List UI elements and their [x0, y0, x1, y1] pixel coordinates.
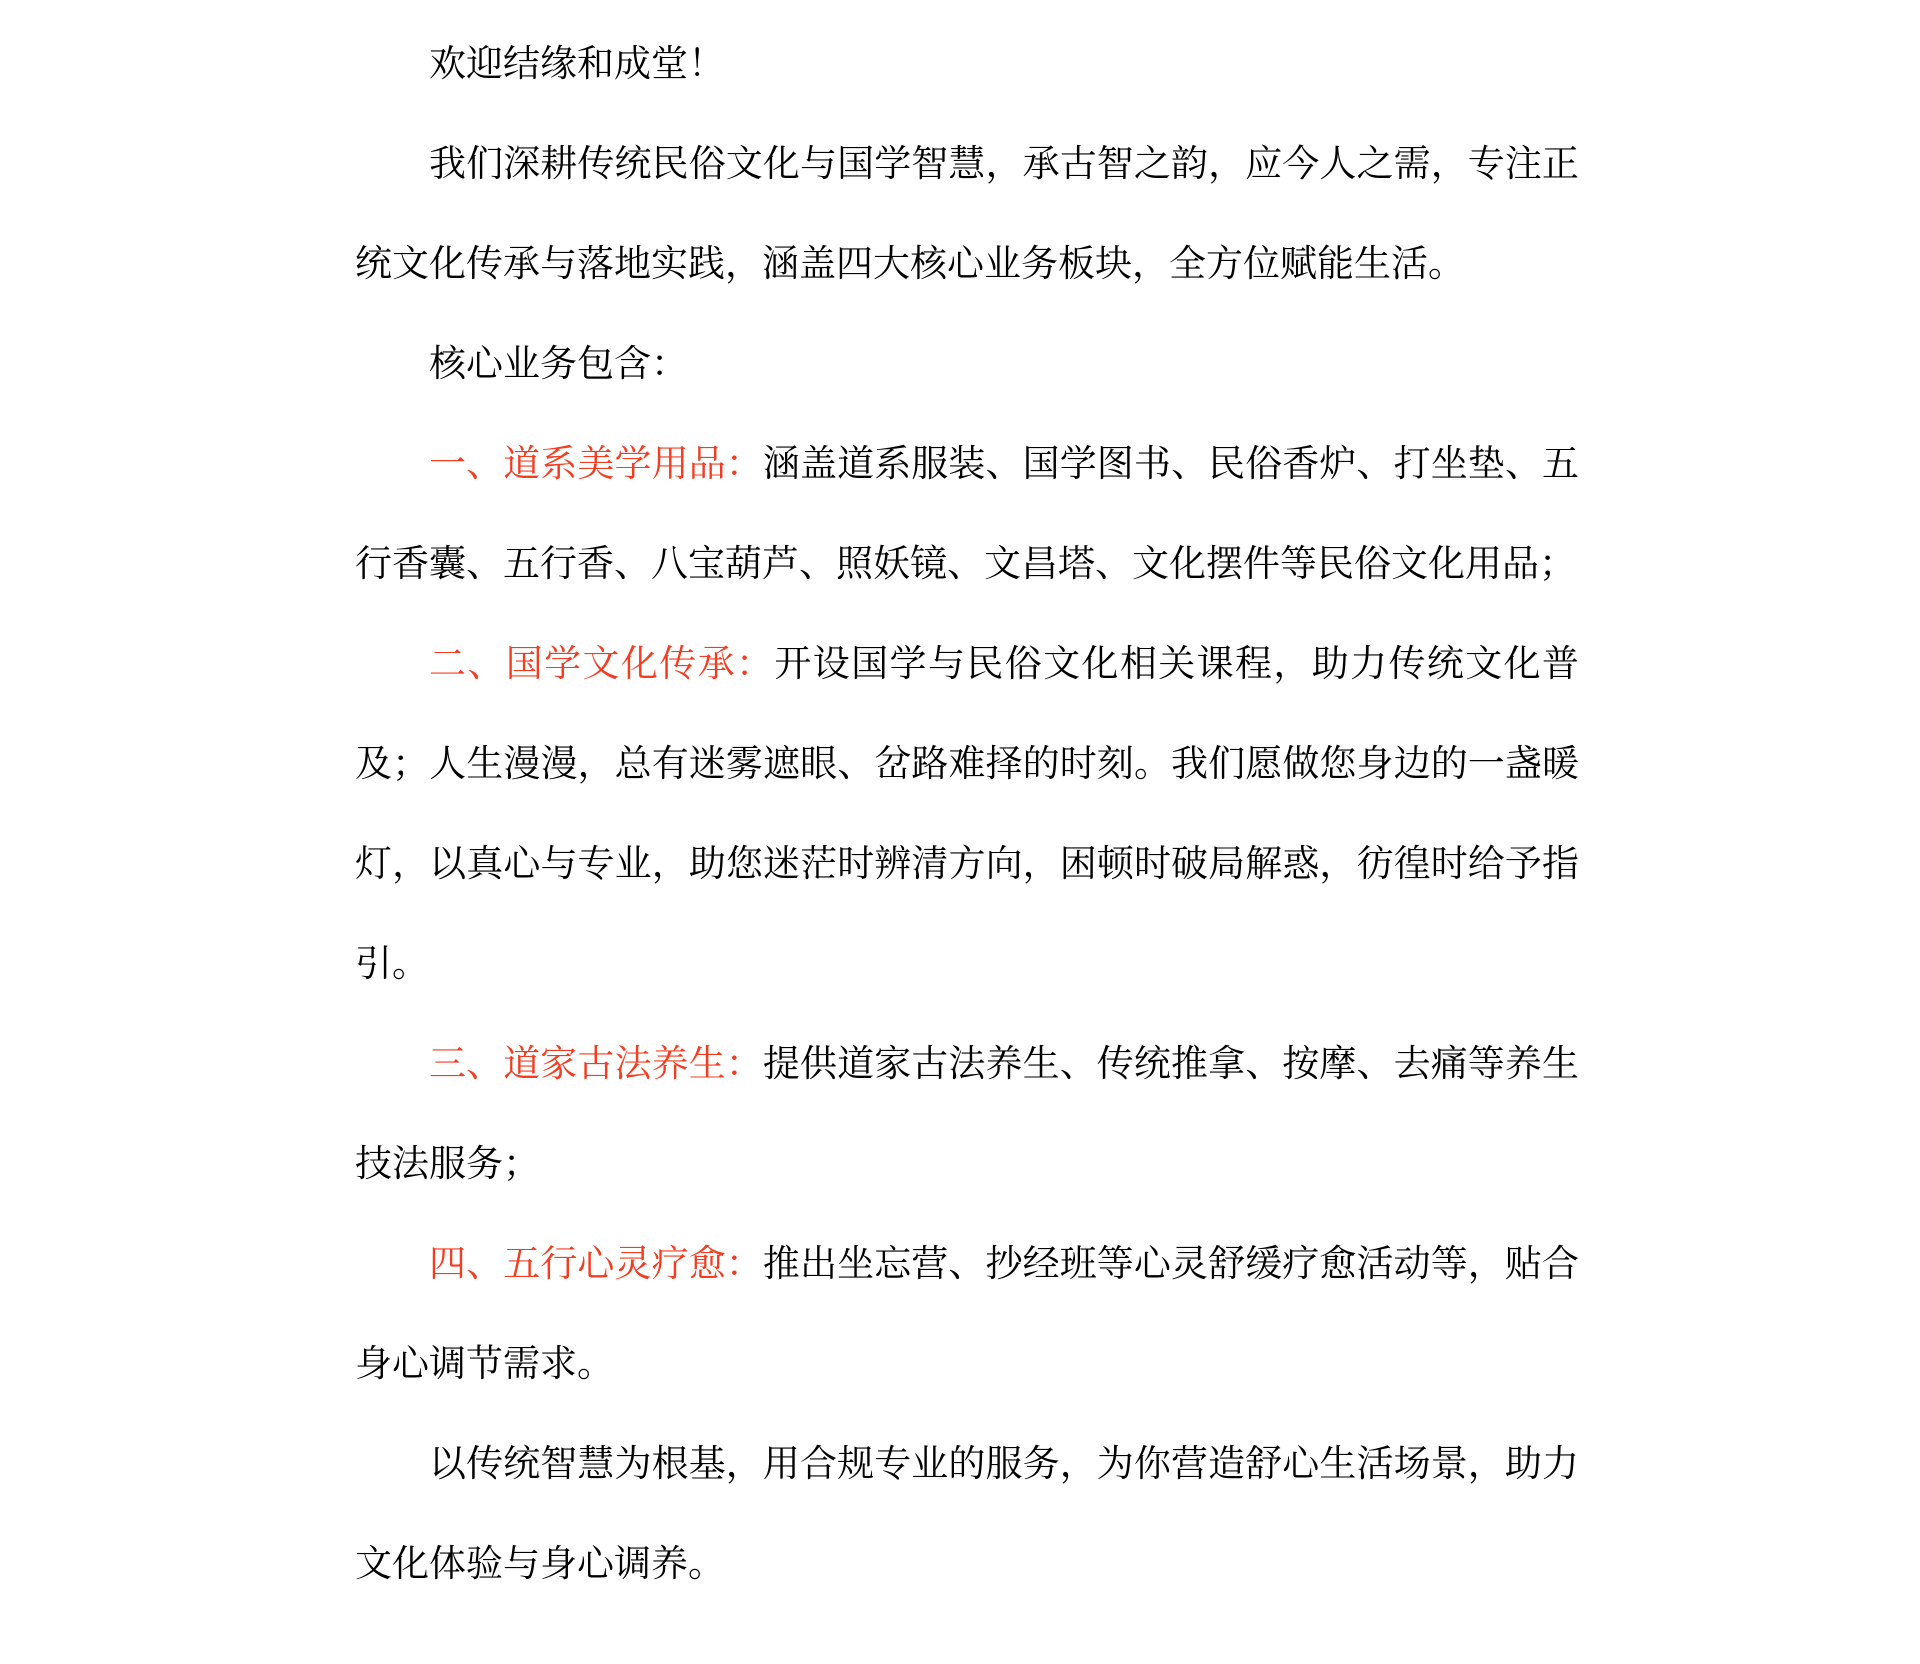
paragraph-intro: 我们深耕传统民俗文化与国学智慧，承古智之韵，应今人之需，专注正统文化传承与落地实…: [355, 115, 1579, 315]
paragraph-welcome: 欢迎结缘和成堂！: [355, 15, 1579, 115]
paragraph-text: 欢迎结缘和成堂！: [429, 44, 725, 85]
section-heading-1: 一、道系美学用品：: [429, 444, 763, 485]
paragraph-section-3: 三、道家古法养生：提供道家古法养生、传统推拿、按摩、去痛等养生技法服务；: [355, 1015, 1579, 1215]
document-page: 欢迎结缘和成堂！ 我们深耕传统民俗文化与国学智慧，承古智之韵，应今人之需，专注正…: [0, 0, 1920, 1664]
paragraph-text: 核心业务包含：: [429, 344, 688, 385]
paragraph-section-1: 一、道系美学用品：涵盖道系服装、国学图书、民俗香炉、打坐垫、五行香囊、五行香、八…: [355, 415, 1579, 615]
paragraph-core-business-label: 核心业务包含：: [355, 315, 1579, 415]
paragraph-text: 我们深耕传统民俗文化与国学智慧，承古智之韵，应今人之需，专注正统文化传承与落地实…: [355, 144, 1579, 285]
document-text-block: 欢迎结缘和成堂！ 我们深耕传统民俗文化与国学智慧，承古智之韵，应今人之需，专注正…: [355, 15, 1579, 1615]
section-heading-2: 二、国学文化传承：: [429, 644, 774, 685]
section-heading-3: 三、道家古法养生：: [429, 1044, 763, 1085]
paragraph-closing: 以传统智慧为根基，用合规专业的服务，为你营造舒心生活场景，助力文化体验与身心调养…: [355, 1415, 1579, 1615]
paragraph-text: 开设国学与民俗文化相关课程，助力传统文化普及；人生漫漫，总有迷雾遮眼、岔路难择的…: [355, 644, 1579, 985]
paragraph-section-4: 四、五行心灵疗愈：推出坐忘营、抄经班等心灵舒缓疗愈活动等，贴合身心调节需求。: [355, 1215, 1579, 1415]
paragraph-text: 以传统智慧为根基，用合规专业的服务，为你营造舒心生活场景，助力文化体验与身心调养…: [355, 1444, 1579, 1585]
paragraph-section-2: 二、国学文化传承：开设国学与民俗文化相关课程，助力传统文化普及；人生漫漫，总有迷…: [355, 615, 1579, 1015]
section-heading-4: 四、五行心灵疗愈：: [429, 1244, 763, 1285]
